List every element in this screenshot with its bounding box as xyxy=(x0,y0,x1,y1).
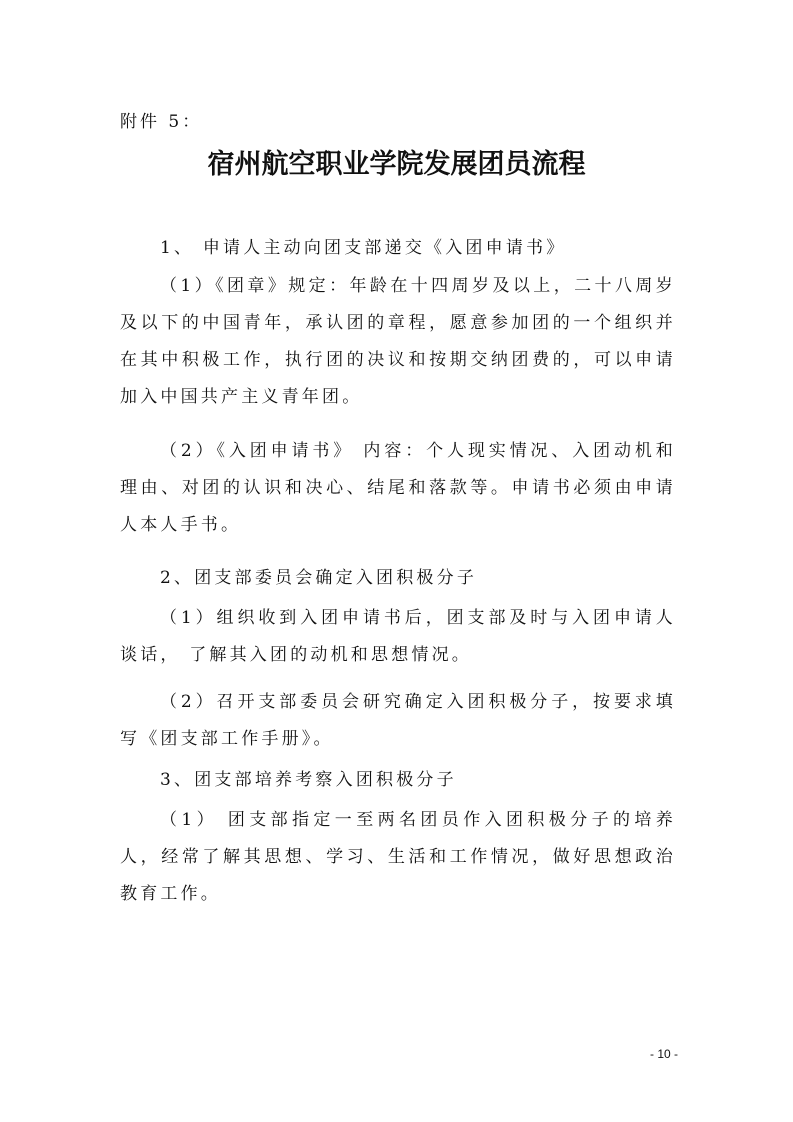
section-2-paragraph-2: （2）召开支部委员会研究确定入团积极分子，按要求填写《团支部工作手册》。 xyxy=(120,684,676,758)
document-title: 宿州航空职业学院发展团员流程 xyxy=(0,142,793,181)
attachment-label: 附件 5： xyxy=(120,107,202,132)
section-2-paragraph-1: （1）组织收到入团申请书后，团支部及时与入团申请人谈话， 了解其入团的动机和思想… xyxy=(120,600,676,674)
page-number: - 10 - xyxy=(650,1047,678,1061)
section-3-heading: 3、团支部培养考察入团积极分子 xyxy=(120,762,676,799)
section-1-paragraph-1: （1）《团章》规定：年龄在十四周岁及以上，二十八周岁及以下的中国青年，承认团的章… xyxy=(120,268,676,416)
section-2-heading: 2、团支部委员会确定入团积极分子 xyxy=(120,560,676,597)
section-1-paragraph-2: （2）《入团申请书》 内容：个人现实情况、入团动机和理由、对团的认识和决心、结尾… xyxy=(120,433,676,544)
section-1-heading: 1、 申请人主动向团支部递交《入团申请书》 xyxy=(120,230,676,267)
section-3-paragraph-1: （1） 团支部指定一至两名团员作入团积极分子的培养人，经常了解其思想、学习、生活… xyxy=(120,802,676,913)
